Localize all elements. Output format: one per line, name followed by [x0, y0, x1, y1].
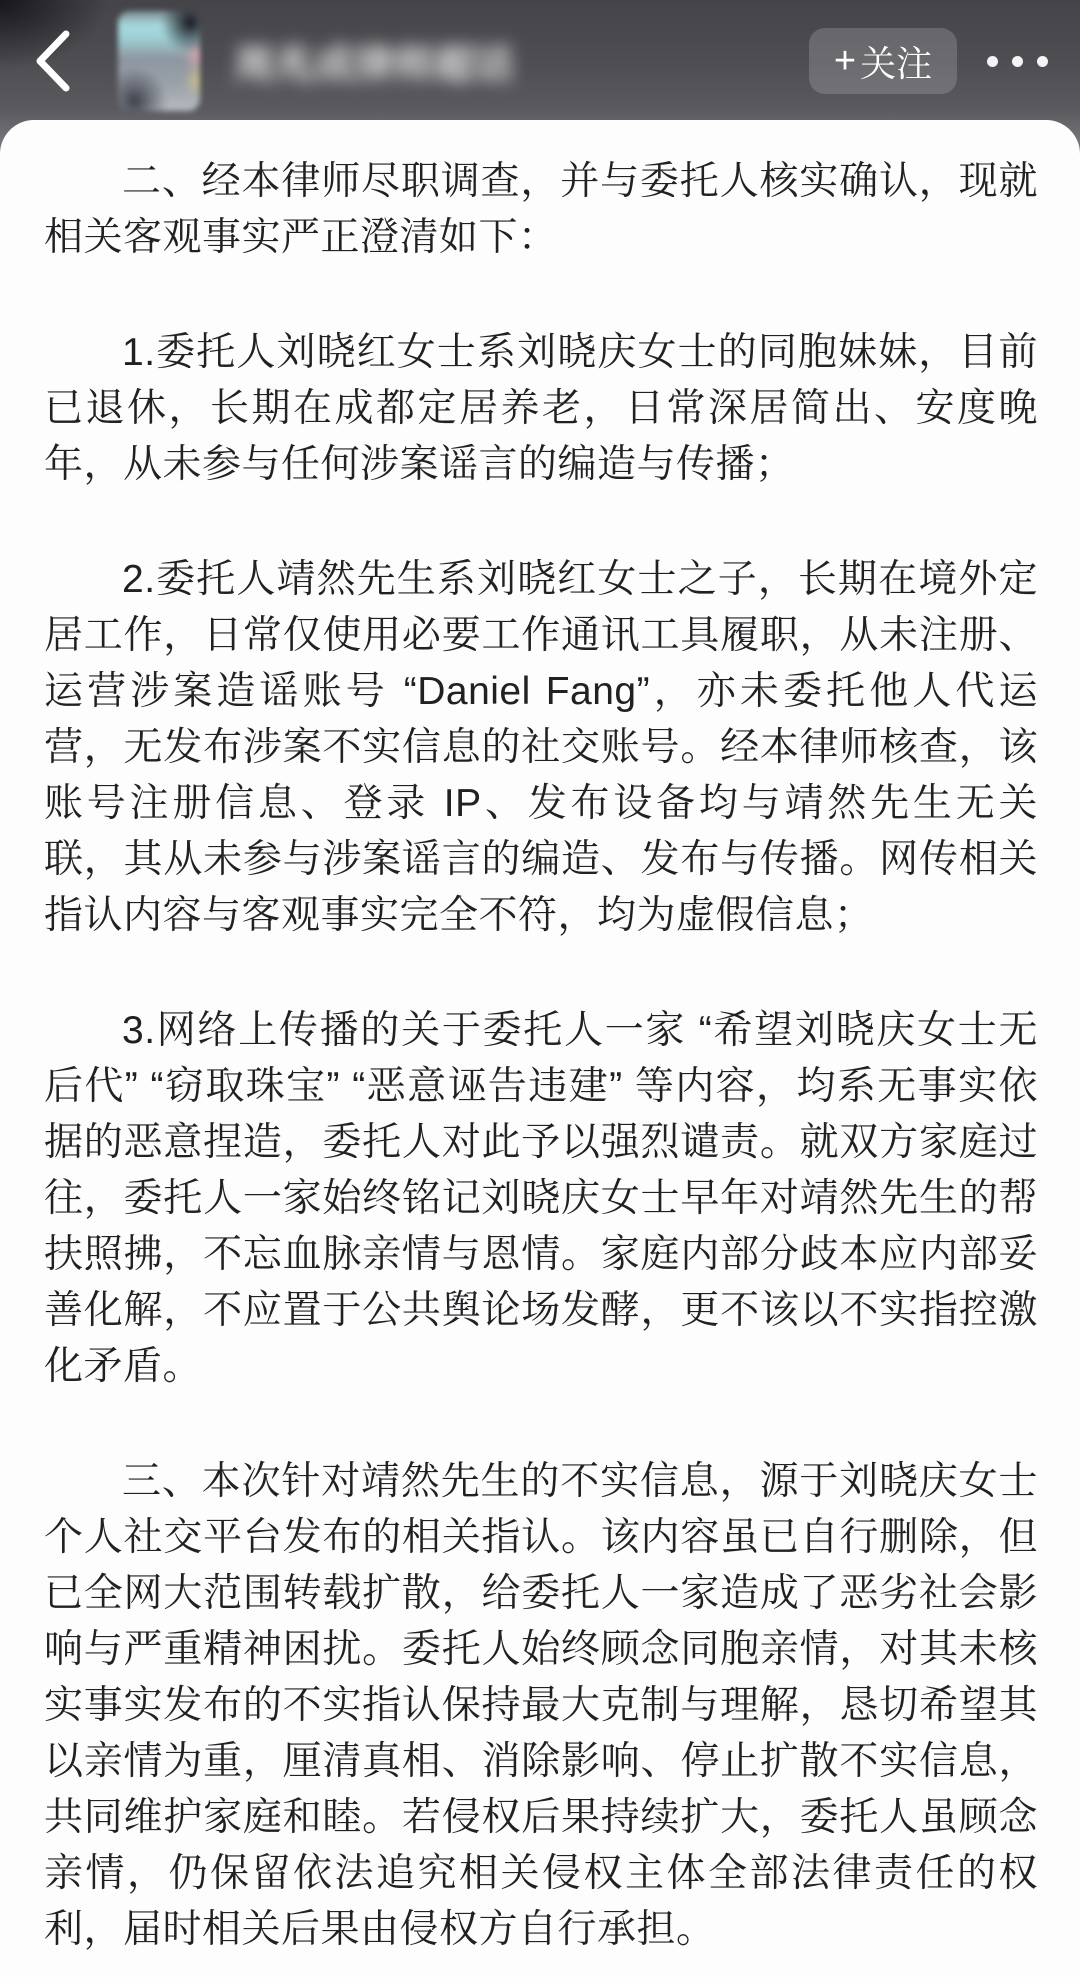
statement-paragraph-5: 三、本次针对靖然先生的不实信息，源于刘晓庆女士个人社交平台发布的相关指认。该内容… — [44, 1454, 1038, 1958]
nav-bar: 周兆成律师超话 + 关注 — [0, 0, 1080, 122]
profile-name[interactable]: 周兆成律师超话 — [234, 33, 514, 90]
follow-button[interactable]: + 关注 — [809, 28, 957, 94]
weibo-post-screen: 周兆成律师超话 + 关注 二、经本律师尽职调查，并与委托人核实确认，现就相关客观… — [0, 0, 1080, 1977]
profile-avatar[interactable] — [118, 11, 200, 111]
plus-icon: + — [834, 42, 856, 80]
chevron-left-icon — [32, 28, 74, 94]
statement-document-card: 二、经本律师尽职调查，并与委托人核实确认，现就相关客观事实严正澄清如下： 1.委… — [0, 120, 1080, 1977]
statement-paragraph-1: 二、经本律师尽职调查，并与委托人核实确认，现就相关客观事实严正澄清如下： — [44, 154, 1038, 266]
back-button[interactable] — [18, 16, 88, 106]
follow-button-label: 关注 — [860, 36, 932, 87]
statement-paragraph-4: 3.网络上传播的关于委托人一家 “希望刘晓庆女士无后代” “窃取珠宝” “恶意诬… — [44, 1003, 1038, 1395]
more-button[interactable] — [983, 28, 1052, 94]
ellipsis-icon — [987, 56, 1048, 67]
statement-paragraph-3: 2.委托人靖然先生系刘晓红女士之子，长期在境外定居工作，日常仅使用必要工作通讯工… — [44, 552, 1038, 944]
statement-paragraph-2: 1.委托人刘晓红女士系刘晓庆女士的同胞妹妹，目前已退休，长期在成都定居养老，日常… — [44, 325, 1038, 493]
